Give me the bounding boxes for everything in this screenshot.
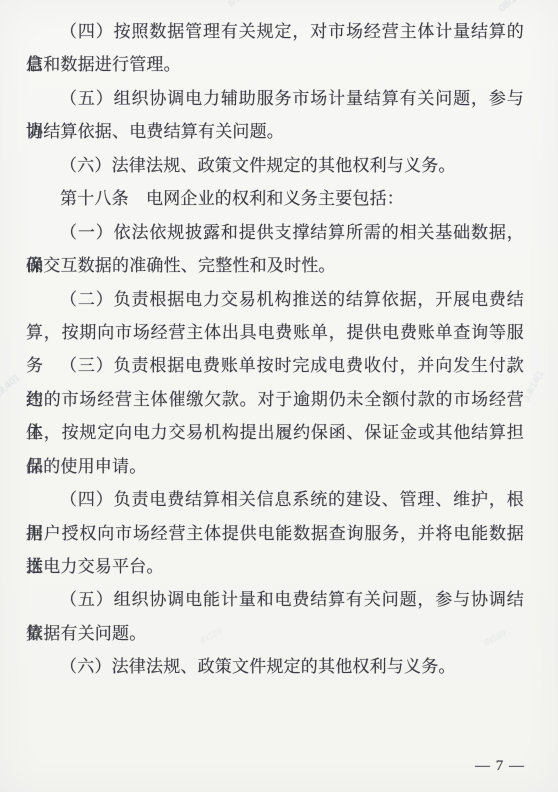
text-line: （二）负责根据电力交易机构推送的结算依据，开展电费结 [26, 283, 524, 316]
text-line: 送电力交易平台。 [26, 550, 524, 583]
text-line: （一）依法依规披露和提供支撑结算所需的相关基础数据，确 [26, 216, 524, 249]
text-line: 用户授权向市场经营主体提供电能数据查询服务，并将电能数据推 [26, 517, 524, 550]
text-line: （三）负责根据电费账单按时完成电费收付，并向发生付款违 [26, 349, 524, 382]
text-line: （四）按照数据管理有关规定，对市场经营主体计量结算的信 [26, 15, 524, 48]
text-line: 调结算依据、电费结算有关问题。 [26, 115, 524, 148]
text-line: （五）组织协调电力辅助服务市场计量结算有关问题，参与协 [26, 82, 524, 115]
text-line: （五）组织协调电能计量和电费结算有关问题，参与协调结算 [26, 583, 524, 616]
text-line: 体，按规定向电力交易机构提出履约保函、保证金或其他结算担保 [26, 416, 524, 449]
text-line: 依据有关问题。 [26, 617, 524, 650]
text-line: 第十八条 电网企业的权利和义务主要包括： [26, 182, 524, 215]
document-page: 08/14(18/14(19.4013.8/14(1IN189IN189 （四）… [0, 0, 558, 792]
scan-watermark: 8/14( [226, 0, 248, 9]
text-line: 息和数据进行管理。 [26, 48, 524, 81]
scan-watermark: 19.401 [0, 372, 23, 400]
text-line: （六）法律法规、政策文件规定的其他权利与义务。 [26, 650, 524, 683]
text-line: （四）负责电费结算相关信息系统的建设、管理、维护，根据 [26, 483, 524, 516]
text-line: （六）法律法规、政策文件规定的其他权利与义务。 [26, 149, 524, 182]
scan-watermark: 08/14(1 [497, 0, 530, 14]
text-line: 品的使用申请。 [26, 450, 524, 483]
page-number: — 7 — [475, 758, 525, 775]
text-line: 保交互数据的准确性、完整性和及时性。 [26, 249, 524, 282]
text-line: 算，按期向市场经营主体出具电费账单，提供电费账单查询等服务。 [26, 316, 524, 349]
scan-watermark: 3.8/14(1 [521, 369, 545, 403]
document-body: （四）按照数据管理有关规定，对市场经营主体计量结算的信息和数据进行管理。（五）组… [26, 15, 524, 684]
text-line: 约的市场经营主体催缴欠款。对于逾期仍未全额付款的市场经营主 [26, 383, 524, 416]
